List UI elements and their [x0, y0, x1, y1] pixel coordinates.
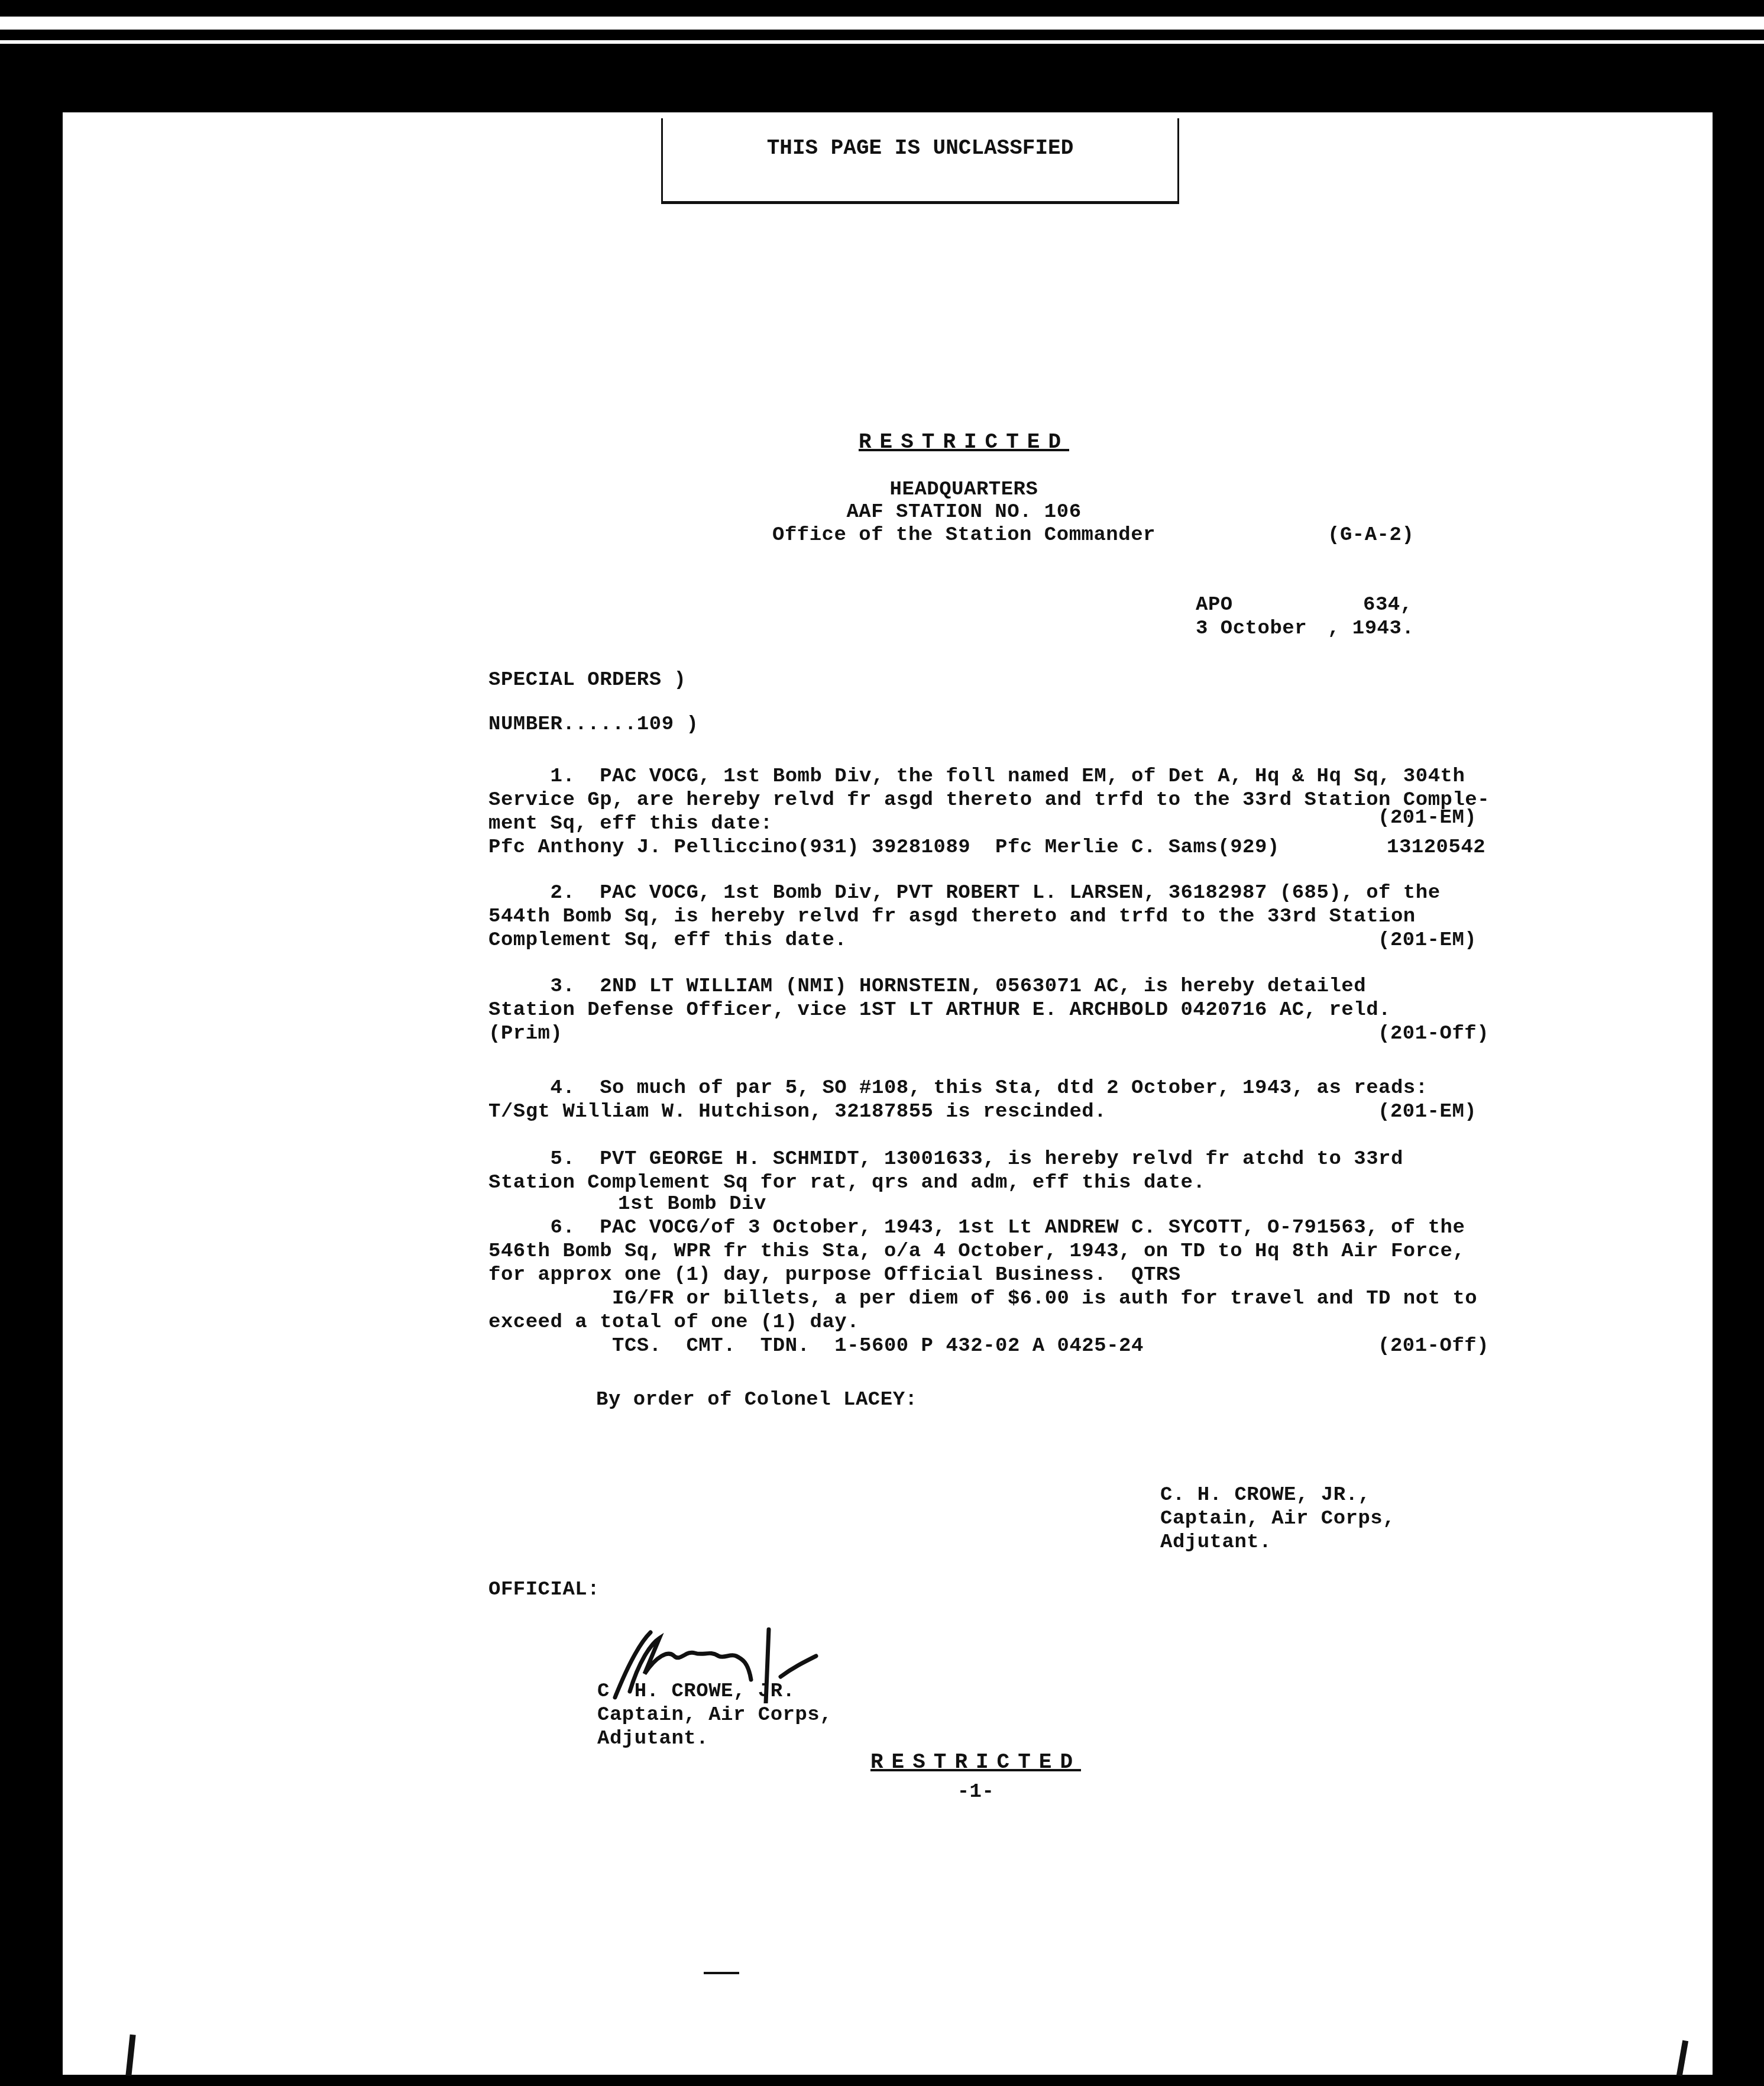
stamp-text: THIS PAGE IS UNCLASSFIED — [663, 136, 1177, 160]
para3-line2: Station Defense Officer, vice 1ST LT ART… — [488, 998, 1391, 1022]
para1-line2: Service Gp, are hereby relvd fr asgd the… — [488, 788, 1490, 812]
header-line2: AAF STATION NO. 106 — [786, 500, 1141, 524]
signer-title: Adjutant. — [1160, 1531, 1271, 1554]
header-code: (G-A-2) — [1328, 523, 1414, 547]
official-rank: Captain, Air Corps, — [597, 1703, 832, 1727]
official-name: C. H. CROWE, JR. — [597, 1680, 795, 1703]
para5-line1: 5. PVT GEORGE H. SCHMIDT, 13001633, is h… — [488, 1147, 1403, 1171]
date-day-month: 3 October — [1196, 617, 1307, 641]
date-year: , 1943. — [1328, 617, 1414, 641]
para1-ref: (201-EM) — [1378, 806, 1477, 830]
para4-line2: T/Sgt William W. Hutchison, 32187855 is … — [488, 1100, 1106, 1124]
special-orders-title: SPECIAL ORDERS ) — [488, 668, 686, 692]
para6-line3: for approx one (1) day, purpose Official… — [488, 1263, 1181, 1287]
signer-name: C. H. CROWE, JR., — [1160, 1483, 1370, 1507]
unclassified-stamp: THIS PAGE IS UNCLASSFIED — [661, 118, 1179, 204]
para1-serial: 13120542 — [1387, 836, 1485, 859]
para6-line2: 546th Bomb Sq, WPR fr this Sta, o/a 4 Oc… — [488, 1240, 1465, 1263]
para3-ref: (201-Off) — [1378, 1022, 1489, 1046]
special-orders-number: NUMBER......109 ) — [488, 713, 698, 736]
scan-artifact — [704, 1972, 739, 1974]
para6-line5: exceed a total of one (1) day. — [488, 1311, 859, 1334]
para6-interlinear: 1st Bomb Div — [618, 1192, 766, 1216]
para2-line3: Complement Sq, eff this date. — [488, 929, 847, 952]
para2-line2: 544th Bomb Sq, is hereby relvd fr asgd t… — [488, 905, 1416, 929]
para6-line1: 6. PAC VOCG/of 3 October, 1943, 1st Lt A… — [488, 1216, 1465, 1240]
para3-line1: 3. 2ND LT WILLIAM (NMI) HORNSTEIN, 05630… — [488, 975, 1366, 998]
para6-line6: TCS. CMT. TDN. 1-5600 P 432-02 A 0425-24 — [488, 1334, 1144, 1358]
header-line3: Office of the Station Commander — [727, 523, 1200, 547]
para1-line1: 1. PAC VOCG, 1st Bomb Div, the foll name… — [488, 765, 1465, 788]
para3-line3: (Prim) — [488, 1022, 562, 1046]
para1-line3: ment Sq, eff this date: — [488, 812, 773, 836]
para2-line1: 2. PAC VOCG, 1st Bomb Div, PVT ROBERT L.… — [488, 881, 1441, 905]
para4-line1: 4. So much of par 5, SO #108, this Sta, … — [488, 1076, 1428, 1100]
official-title: Adjutant. — [597, 1727, 708, 1751]
scan-border-band — [0, 40, 1764, 44]
scan-border-band — [0, 17, 1764, 30]
signer-rank: Captain, Air Corps, — [1160, 1507, 1395, 1531]
page-number: -1- — [786, 1780, 1165, 1804]
classification-bottom: RESTRICTED — [786, 1751, 1165, 1774]
header-line1: HEADQUARTERS — [786, 478, 1141, 502]
para6-line4: IG/FR or billets, a per diem of $6.00 is… — [488, 1287, 1477, 1311]
para4-ref: (201-EM) — [1378, 1100, 1477, 1124]
para6-ref: (201-Off) — [1378, 1334, 1489, 1358]
official-label: OFFICIAL: — [488, 1578, 600, 1602]
by-order-line: By order of Colonel LACEY: — [596, 1388, 918, 1412]
classification-top: RESTRICTED — [786, 431, 1141, 454]
para5-line2: Station Complement Sq for rat, qrs and a… — [488, 1171, 1205, 1195]
para1-line4: Pfc Anthony J. Pelliccino(931) 39281089 … — [488, 836, 1280, 859]
para2-ref: (201-EM) — [1378, 929, 1477, 952]
apo-label: APO — [1196, 593, 1233, 617]
apo-number: 634, — [1363, 593, 1413, 617]
